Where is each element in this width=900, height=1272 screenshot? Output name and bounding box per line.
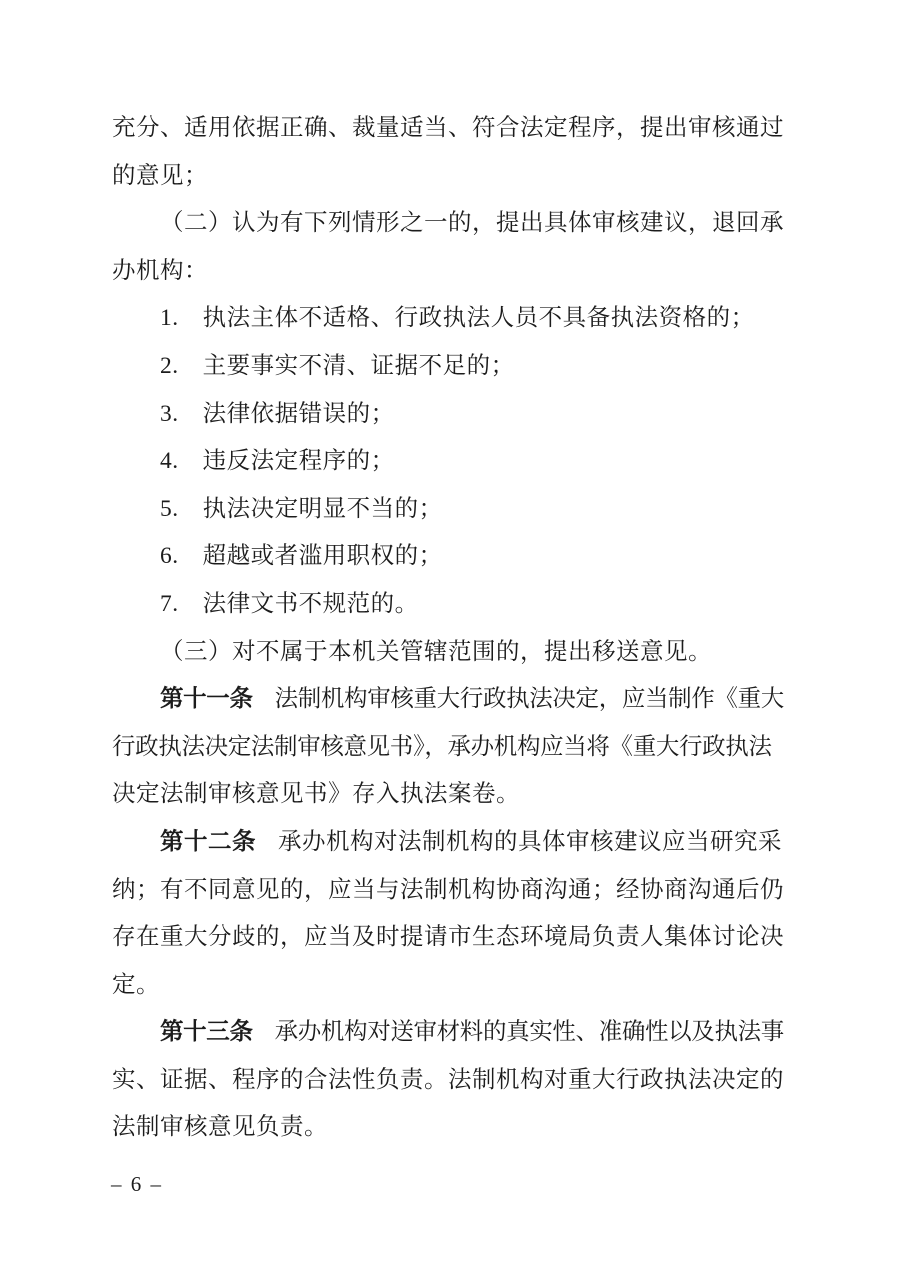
text-line: 办机构： bbox=[112, 248, 812, 296]
text-line: 充分、适用依据正确、裁量适当、符合法定程序，提出审核通过 bbox=[112, 105, 812, 153]
text-line: 6. 超越或者滥用职权的； bbox=[112, 533, 812, 581]
text-line: 3. 法律依据错误的； bbox=[112, 391, 812, 439]
line-text: 3. 法律依据错误的； bbox=[160, 401, 395, 427]
article-number-bold: 第十三条 bbox=[160, 1019, 253, 1045]
document-page: 充分、适用依据正确、裁量适当、符合法定程序，提出审核通过 的意见； （二）认为有… bbox=[0, 0, 900, 1272]
text-line: 实、证据、程序的合法性负责。法制机构对重大行政执法决定的 bbox=[112, 1057, 812, 1105]
line-text: 7. 法律文书不规范的。 bbox=[160, 591, 419, 617]
text-line: 2. 主要事实不清、证据不足的； bbox=[112, 343, 812, 391]
text-line: 第十一条法制机构审核重大行政执法决定，应当制作《重大 bbox=[112, 676, 812, 724]
line-text: 存在重大分歧的，应当及时提请市生态环境局负责人集体讨论决 bbox=[112, 924, 784, 950]
text-line: 纳；有不同意见的，应当与法制机构协商沟通；经协商沟通后仍 bbox=[112, 867, 812, 915]
text-line: （二）认为有下列情形之一的，提出具体审核建议，退回承 bbox=[112, 200, 812, 248]
line-text: 办机构： bbox=[112, 258, 208, 284]
text-line: 决定法制审核意见书》存入执法案卷。 bbox=[112, 771, 812, 819]
text-line: 存在重大分歧的，应当及时提请市生态环境局负责人集体讨论决 bbox=[112, 914, 812, 962]
line-text: 承办机构对法制机构的具体审核建议应当研究采 bbox=[278, 829, 782, 855]
text-line: 第十三条承办机构对送审材料的真实性、准确性以及执法事 bbox=[112, 1009, 812, 1057]
line-text: 6. 超越或者滥用职权的； bbox=[160, 543, 443, 569]
text-line: 的意见； bbox=[112, 153, 812, 201]
text-line: 定。 bbox=[112, 962, 812, 1010]
article-number-bold: 第十二条 bbox=[160, 829, 256, 855]
line-text: 5. 执法决定明显不当的； bbox=[160, 496, 443, 522]
line-text: 法制审核意见负责。 bbox=[112, 1114, 328, 1140]
page-number: – 6 – bbox=[111, 1172, 163, 1197]
line-text: 纳；有不同意见的，应当与法制机构协商沟通；经协商沟通后仍 bbox=[112, 877, 784, 903]
line-text: （二）认为有下列情形之一的，提出具体审核建议，退回承 bbox=[160, 210, 784, 236]
line-text: 决定法制审核意见书》存入执法案卷。 bbox=[112, 781, 520, 807]
text-line: 1. 执法主体不适格、行政执法人员不具备执法资格的； bbox=[112, 295, 812, 343]
line-text: 法制机构审核重大行政执法决定，应当制作《重大 bbox=[275, 686, 784, 712]
line-text: 4. 违反法定程序的； bbox=[160, 448, 395, 474]
line-text: 的意见； bbox=[112, 163, 208, 189]
text-line: （三）对不属于本机关管辖范围的，提出移送意见。 bbox=[112, 629, 812, 677]
text-line: 4. 违反法定程序的； bbox=[112, 438, 812, 486]
line-text: （三）对不属于本机关管辖范围的，提出移送意见。 bbox=[160, 639, 712, 665]
line-text: 1. 执法主体不适格、行政执法人员不具备执法资格的； bbox=[160, 305, 755, 331]
text-line: 7. 法律文书不规范的。 bbox=[112, 581, 812, 629]
line-text: 定。 bbox=[112, 972, 160, 998]
text-line: 5. 执法决定明显不当的； bbox=[112, 486, 812, 534]
document-body: 充分、适用依据正确、裁量适当、符合法定程序，提出审核通过 的意见； （二）认为有… bbox=[112, 105, 812, 1152]
line-text: 2. 主要事实不清、证据不足的； bbox=[160, 353, 515, 379]
text-line: 行政执法决定法制审核意见书》，承办机构应当将《重大行政执法 bbox=[112, 724, 812, 772]
line-text: 承办机构对送审材料的真实性、准确性以及执法事 bbox=[275, 1019, 784, 1045]
line-text: 充分、适用依据正确、裁量适当、符合法定程序，提出审核通过 bbox=[112, 115, 784, 141]
line-text: 实、证据、程序的合法性负责。法制机构对重大行政执法决定的 bbox=[112, 1067, 784, 1093]
article-number-bold: 第十一条 bbox=[160, 686, 253, 712]
text-line: 第十二条承办机构对法制机构的具体审核建议应当研究采 bbox=[112, 819, 812, 867]
text-line: 法制审核意见负责。 bbox=[112, 1104, 812, 1152]
line-text: 行政执法决定法制审核意见书》，承办机构应当将《重大行政执法 bbox=[112, 734, 772, 760]
